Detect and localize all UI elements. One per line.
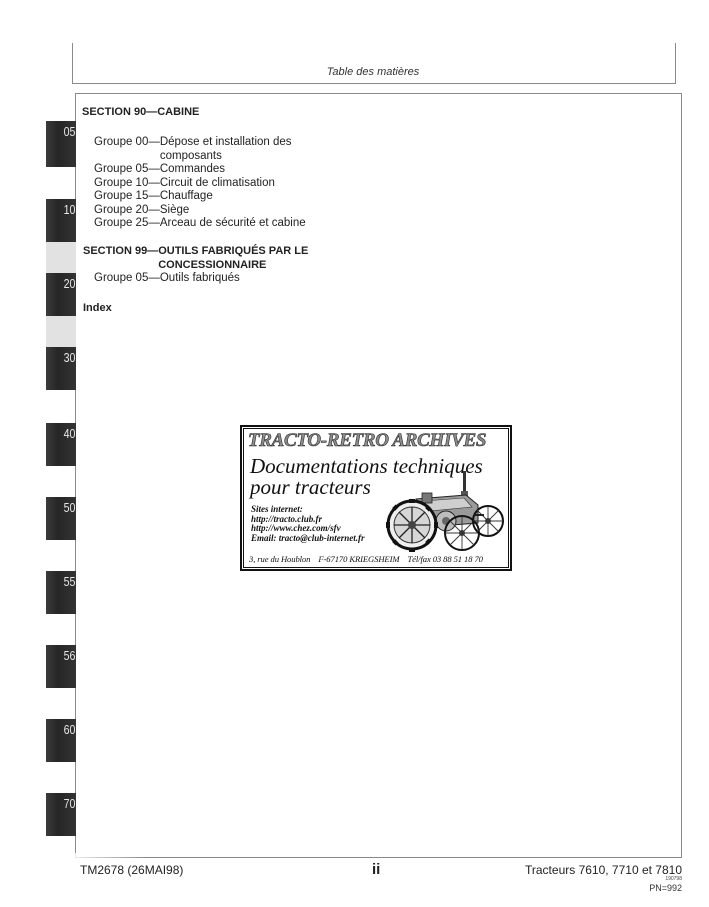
- page-number: ii: [372, 861, 380, 878]
- tab-label: 10: [63, 202, 75, 217]
- section-tab-20[interactable]: 20: [46, 273, 76, 316]
- tab-spacer: [46, 242, 76, 273]
- frame-fade: [60, 853, 145, 859]
- group-number: Groupe 05—: [94, 272, 160, 286]
- ad-phone: Tél/fax 03 88 51 18 70: [407, 554, 482, 564]
- tab-label: 60: [63, 722, 75, 737]
- group-title: Dépose et installation des composants: [160, 136, 310, 163]
- tab-spacer: [46, 316, 76, 347]
- toc-group-item[interactable]: Groupe 00—Dépose et installation des com…: [94, 136, 310, 163]
- section-tab-50[interactable]: 50: [46, 497, 76, 540]
- toc-group-list: Groupe 00—Dépose et installation des com…: [94, 136, 310, 231]
- toc-group-item[interactable]: Groupe 05—Commandes: [94, 163, 310, 177]
- ad-city: F-67170 KRIEGSHEIM: [318, 554, 399, 564]
- tab-label: 40: [63, 426, 75, 441]
- toc-index-link[interactable]: Index: [83, 302, 112, 316]
- ad-tagline-line2: pour tracteurs: [250, 477, 371, 498]
- group-number: Groupe 05—: [94, 163, 160, 177]
- tractor-illustration-icon: [386, 471, 506, 556]
- ad-email[interactable]: Email: tracto@club-internet.fr: [251, 534, 365, 544]
- toc-section-99[interactable]: SECTION 99—OUTILS FABRIQUÉS PAR LE CONCE…: [83, 245, 338, 272]
- section-title: OUTILS FABRIQUÉS PAR LE CONCESSIONNAIRE: [158, 245, 338, 272]
- product-title: Tracteurs 7610, 7710 et 7810: [525, 863, 682, 877]
- tab-label: 20: [63, 276, 75, 291]
- section-number: SECTION 99—: [83, 245, 158, 259]
- manual-id: TM2678 (26MAI98): [80, 863, 183, 877]
- group-number: Groupe 25—: [94, 217, 160, 231]
- print-code: 190798: [665, 876, 682, 882]
- ad-contact-block: Sites internet: http://tracto.club.fr ht…: [251, 505, 365, 543]
- toc-section-90[interactable]: SECTION 90—CABINE: [82, 106, 337, 120]
- ad-brand: TRACTO-RETRO ARCHIVES: [248, 430, 486, 452]
- group-title: Siège: [160, 204, 310, 218]
- tab-label: 56: [63, 648, 75, 663]
- tab-label: 30: [63, 350, 75, 365]
- toc-group-item[interactable]: Groupe 05—Outils fabriqués: [94, 272, 310, 286]
- toc-group-item[interactable]: Groupe 10—Circuit de climatisation: [94, 177, 310, 191]
- section-number: SECTION 90—: [82, 106, 157, 120]
- tracto-retro-ad: TRACTO-RETRO ARCHIVES Documentations tec…: [240, 425, 512, 571]
- group-number: Groupe 10—: [94, 177, 160, 191]
- ad-address-line: 3, rue du Houblon F-67170 KRIEGSHEIM Tél…: [249, 554, 489, 564]
- section-tab-40[interactable]: 40: [46, 423, 76, 466]
- section-tab-60[interactable]: 60: [46, 719, 76, 762]
- toc-group-item[interactable]: Groupe 20—Siège: [94, 204, 310, 218]
- tab-label: 50: [63, 500, 75, 515]
- tab-label: 05: [63, 124, 75, 139]
- group-title: Arceau de sécurité et cabine: [160, 217, 310, 231]
- group-title: Commandes: [160, 163, 310, 177]
- group-number: Groupe 00—: [94, 136, 160, 150]
- toc-group-item[interactable]: Groupe 15—Chauffage: [94, 190, 310, 204]
- toc-group-list: Groupe 05—Outils fabriqués: [94, 272, 310, 286]
- ad-street: 3, rue du Houblon: [249, 554, 310, 564]
- group-number: Groupe 15—: [94, 190, 160, 204]
- section-tab-10[interactable]: 10: [46, 199, 76, 242]
- tab-label: 55: [63, 574, 75, 589]
- section-tab-30[interactable]: 30: [46, 347, 76, 390]
- group-number: Groupe 20—: [94, 204, 160, 218]
- section-tab-56[interactable]: 56: [46, 645, 76, 688]
- group-title: Chauffage: [160, 190, 310, 204]
- section-title: CABINE: [157, 106, 337, 120]
- section-tab-55[interactable]: 55: [46, 571, 76, 614]
- ad-panel: TRACTO-RETRO ARCHIVES Documentations tec…: [243, 428, 509, 568]
- page-header-title: Table des matières: [72, 66, 674, 78]
- group-title: Outils fabriqués: [160, 272, 310, 286]
- toc-group-item[interactable]: Groupe 25—Arceau de sécurité et cabine: [94, 217, 310, 231]
- group-title: Circuit de climatisation: [160, 177, 310, 191]
- page-reference: PN=992: [649, 883, 682, 893]
- section-tab-05[interactable]: 05: [46, 121, 76, 167]
- section-tab-70[interactable]: 70: [46, 793, 76, 836]
- tab-label: 70: [63, 796, 75, 811]
